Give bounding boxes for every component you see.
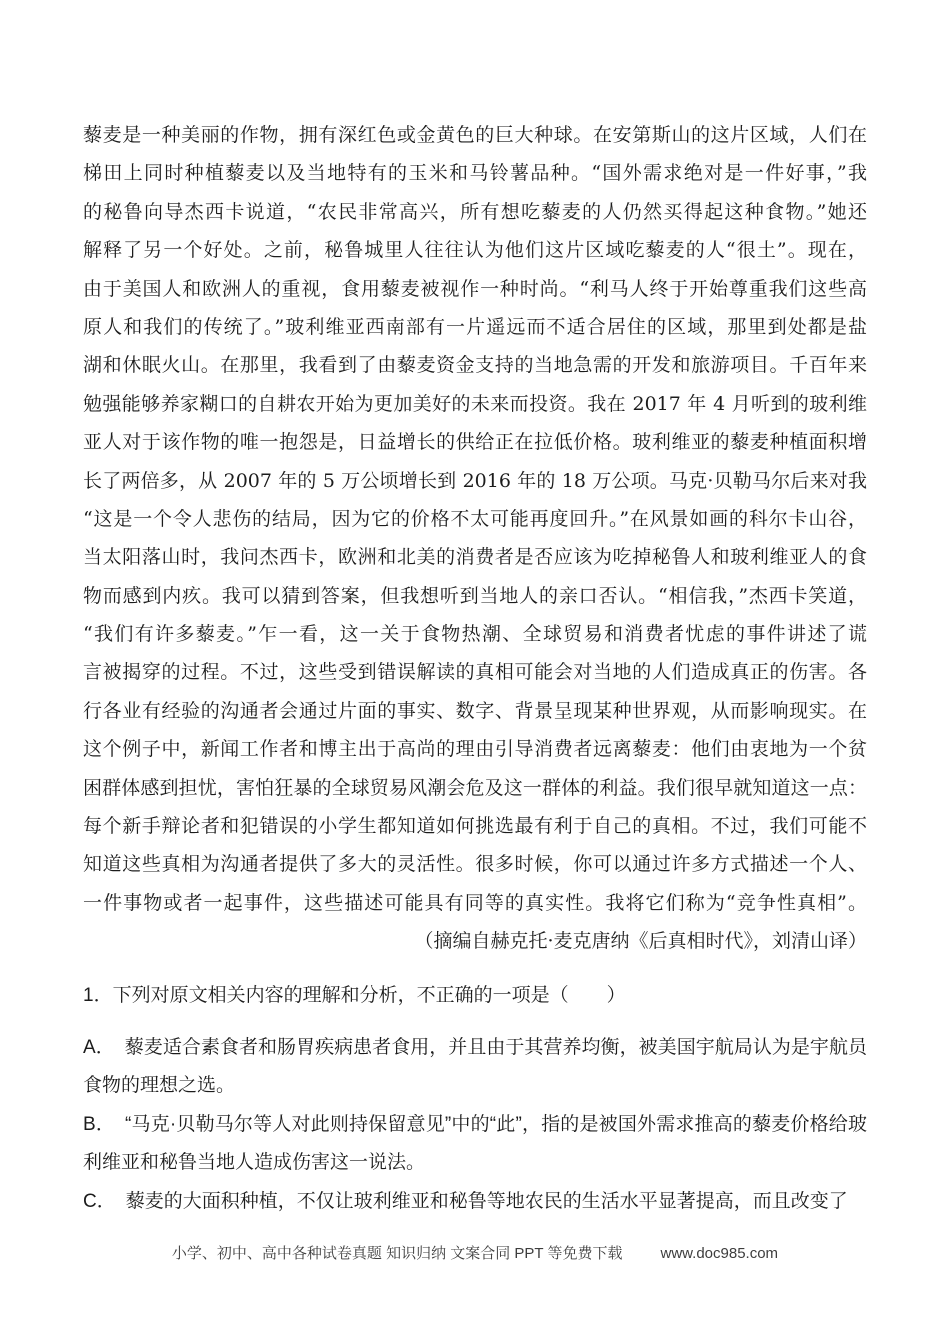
question-number: 1． bbox=[83, 985, 113, 1006]
question-1: 1．下列对原文相关内容的理解和分析，不正确的一项是（ ） bbox=[83, 977, 867, 1015]
option-a-label: A． bbox=[83, 1037, 115, 1058]
passage-line: 当太阳落山时，我问杰西卡，欧洲和北美的消费者是否应该为吃掉秘鲁人和玻利维亚人的食 bbox=[83, 538, 867, 576]
option-b-label: B． bbox=[83, 1114, 115, 1135]
passage-line: 言被揭穿的过程。不过，这些受到错误解读的真相可能会对当地的人们造成真正的伤害。各 bbox=[83, 653, 867, 691]
passage-line: 由于美国人和欧洲人的重视，食用藜麦被视作一种时尚。“利马人终于开始尊重我们这些高 bbox=[83, 270, 867, 308]
footer-site-url: www.doc985.com bbox=[661, 1245, 779, 1262]
option-c: C．藜麦的大面积种植，不仅让玻利维亚和秘鲁等地农民的生活水平显著提高，而且改变了 bbox=[83, 1183, 867, 1221]
option-a: A．藜麦适合素食者和肠胃疾病患者食用，并且由于其营养均衡，被美国宇航局认为是宇航… bbox=[83, 1029, 867, 1106]
option-b: B．“马克·贝勒马尔等人对此则持保留意见”中的“此”，指的是被国外需求推高的藜麦… bbox=[83, 1106, 867, 1183]
option-a-text: 藜麦适合素食者和肠胃疾病患者食用，并且由于其营养均衡，被美国宇航局认为是宇航员食… bbox=[83, 1037, 867, 1096]
passage-line: 一件事物或者一起事件，这些描述可能具有同等的真实性。我将它们称为“竞争性真相”。 bbox=[83, 884, 867, 922]
passage-line: 长了两倍多，从 2007 年的 5 万公顷增长到 2016 年的 18 万公项。… bbox=[83, 462, 867, 500]
passage-line: 行各业有经验的沟通者会通过片面的事实、数字、背景呈现某种世界观，从而影响现实。在 bbox=[83, 692, 867, 730]
passage-citation: （摘编自赫克托·麦克唐纳《后真相时代》，刘清山译） bbox=[83, 922, 867, 960]
option-c-text: 藜麦的大面积种植，不仅让玻利维亚和秘鲁等地农民的生活水平显著提高，而且改变了 bbox=[126, 1191, 848, 1212]
question-text: 下列对原文相关内容的理解和分析，不正确的一项是（ ） bbox=[113, 985, 626, 1006]
passage-line: 原人和我们的传统了。”玻利维亚西南部有一片遥远而不适合居住的区域，那里到处都是盐 bbox=[83, 308, 867, 346]
passage-line: 这个例子中，新闻工作者和博主出于高尚的理由引导消费者远离藜麦：他们由衷地为一个贫 bbox=[83, 730, 867, 768]
option-b-text: “马克·贝勒马尔等人对此则持保留意见”中的“此”，指的是被国外需求推高的藜麦价格… bbox=[83, 1114, 867, 1173]
passage-line: 解释了另一个好处。之前，秘鲁城里人往往认为他们这片区域吃藜麦的人“很土”。现在， bbox=[83, 231, 867, 269]
document-page: 藜麦是一种美丽的作物，拥有深红色或金黄色的巨大种球。在安第斯山的这片区域，人们在… bbox=[0, 0, 950, 1344]
passage-line: 藜麦是一种美丽的作物，拥有深红色或金黄色的巨大种球。在安第斯山的这片区域，人们在 bbox=[83, 116, 867, 154]
passage-line: “这是一个令人悲伤的结局，因为它的价格不太可能再度回升。”在风景如画的科尔卡山谷… bbox=[83, 500, 867, 538]
passage-line: 知道这些真相为沟通者提供了多大的灵活性。很多时候，你可以通过许多方式描述一个人、 bbox=[83, 845, 867, 883]
passage-line: 物而感到内疚。我可以猜到答案，但我想听到当地人的亲口否认。“相信我，”杰西卡笑道… bbox=[83, 577, 867, 615]
question-1-options: A．藜麦适合素食者和肠胃疾病患者食用，并且由于其营养均衡，被美国宇航局认为是宇航… bbox=[83, 1029, 867, 1221]
passage-line: 的秘鲁向导杰西卡说道，“农民非常高兴，所有想吃藜麦的人仍然买得起这种食物。”她还 bbox=[83, 193, 867, 231]
passage-line: 困群体感到担忧，害怕狂暴的全球贸易风潮会危及这一群体的利益。我们很早就知道这一点… bbox=[83, 769, 867, 807]
option-c-label: C． bbox=[83, 1191, 116, 1212]
passage-line: 每个新手辩论者和犯错误的小学生都知道如何挑选最有利于自己的真相。不过，我们可能不 bbox=[83, 807, 867, 845]
page-footer: 小学、初中、高中各种试卷真题 知识归纳 文案合同 PPT 等免费下载www.do… bbox=[0, 1242, 950, 1263]
passage-line: 梯田上同时种植藜麦以及当地特有的玉米和马铃薯品种。“国外需求绝对是一件好事，”我 bbox=[83, 154, 867, 192]
footer-text: 小学、初中、高中各种试卷真题 知识归纳 文案合同 PPT 等免费下载 bbox=[172, 1245, 623, 1262]
passage-line: 亚人对于该作物的唯一抱怨是，日益增长的供给正在拉低价格。玻利维亚的藜麦种植面积增 bbox=[83, 423, 867, 461]
passage-line: 湖和休眠火山。在那里，我看到了由藜麦资金支持的当地急需的开发和旅游项目。千百年来 bbox=[83, 346, 867, 384]
reading-passage: 藜麦是一种美丽的作物，拥有深红色或金黄色的巨大种球。在安第斯山的这片区域，人们在… bbox=[83, 116, 867, 922]
passage-line: “我们有许多藜麦。”乍一看，这一关于食物热潮、全球贸易和消费者忧虑的事件讲述了谎 bbox=[83, 615, 867, 653]
passage-line: 勉强能够养家糊口的自耕农开始为更加美好的未来而投资。我在 2017 年 4 月听… bbox=[83, 385, 867, 423]
